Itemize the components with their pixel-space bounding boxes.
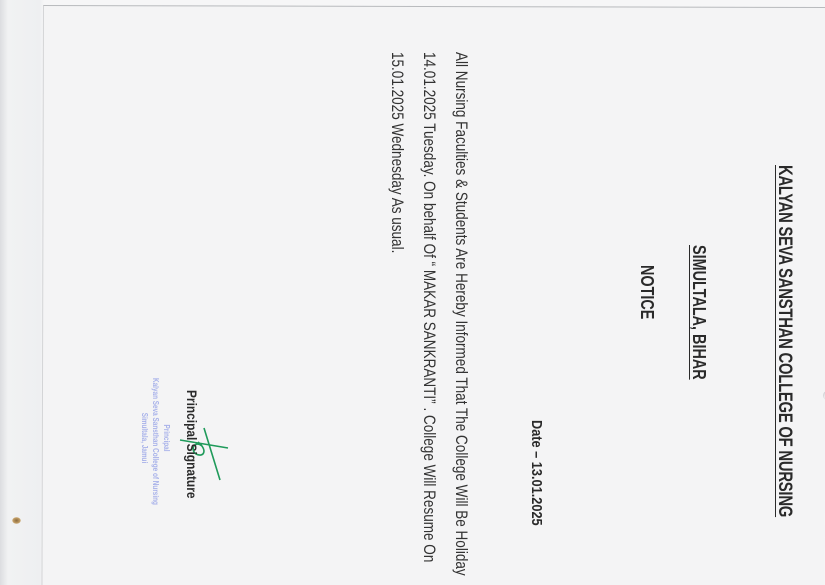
body-line: 14.01.2025 Tuesday. On behalf Of “ MAKAR… [413,52,445,544]
notice-date: Date – 13.01.2025 [528,420,545,526]
notice-document: KALYAN SEVA SANSTHAN COLLEGE OF NURSING … [365,20,795,580]
stamp-line: Kalyan Seva Sansthan College of Nursing [150,378,161,498]
stamp-line: Principal [161,378,172,498]
institution-title: KALYAN SEVA SANSTHAN COLLEGE OF NURSING [773,165,795,517]
notice-heading: NOTICE [636,265,657,319]
stamp-line: Simultala, Jamui [139,378,150,498]
notice-body: All Nursing Faculties & Students Are Her… [381,52,477,544]
principal-stamp: Principal Kalyan Seva Sansthan College o… [139,378,172,498]
body-line: All Nursing Faculties & Students Are Her… [445,52,477,544]
institution-location: SIMULTALA, BIHAR [688,245,709,380]
signature-block: Principal Signature Principal Kalyan Sev… [100,390,200,550]
signature-label: Principal Signature [184,390,200,498]
body-line: 15.01.2025 Wednesday As usual. [381,52,413,544]
paper-speck [12,517,21,524]
